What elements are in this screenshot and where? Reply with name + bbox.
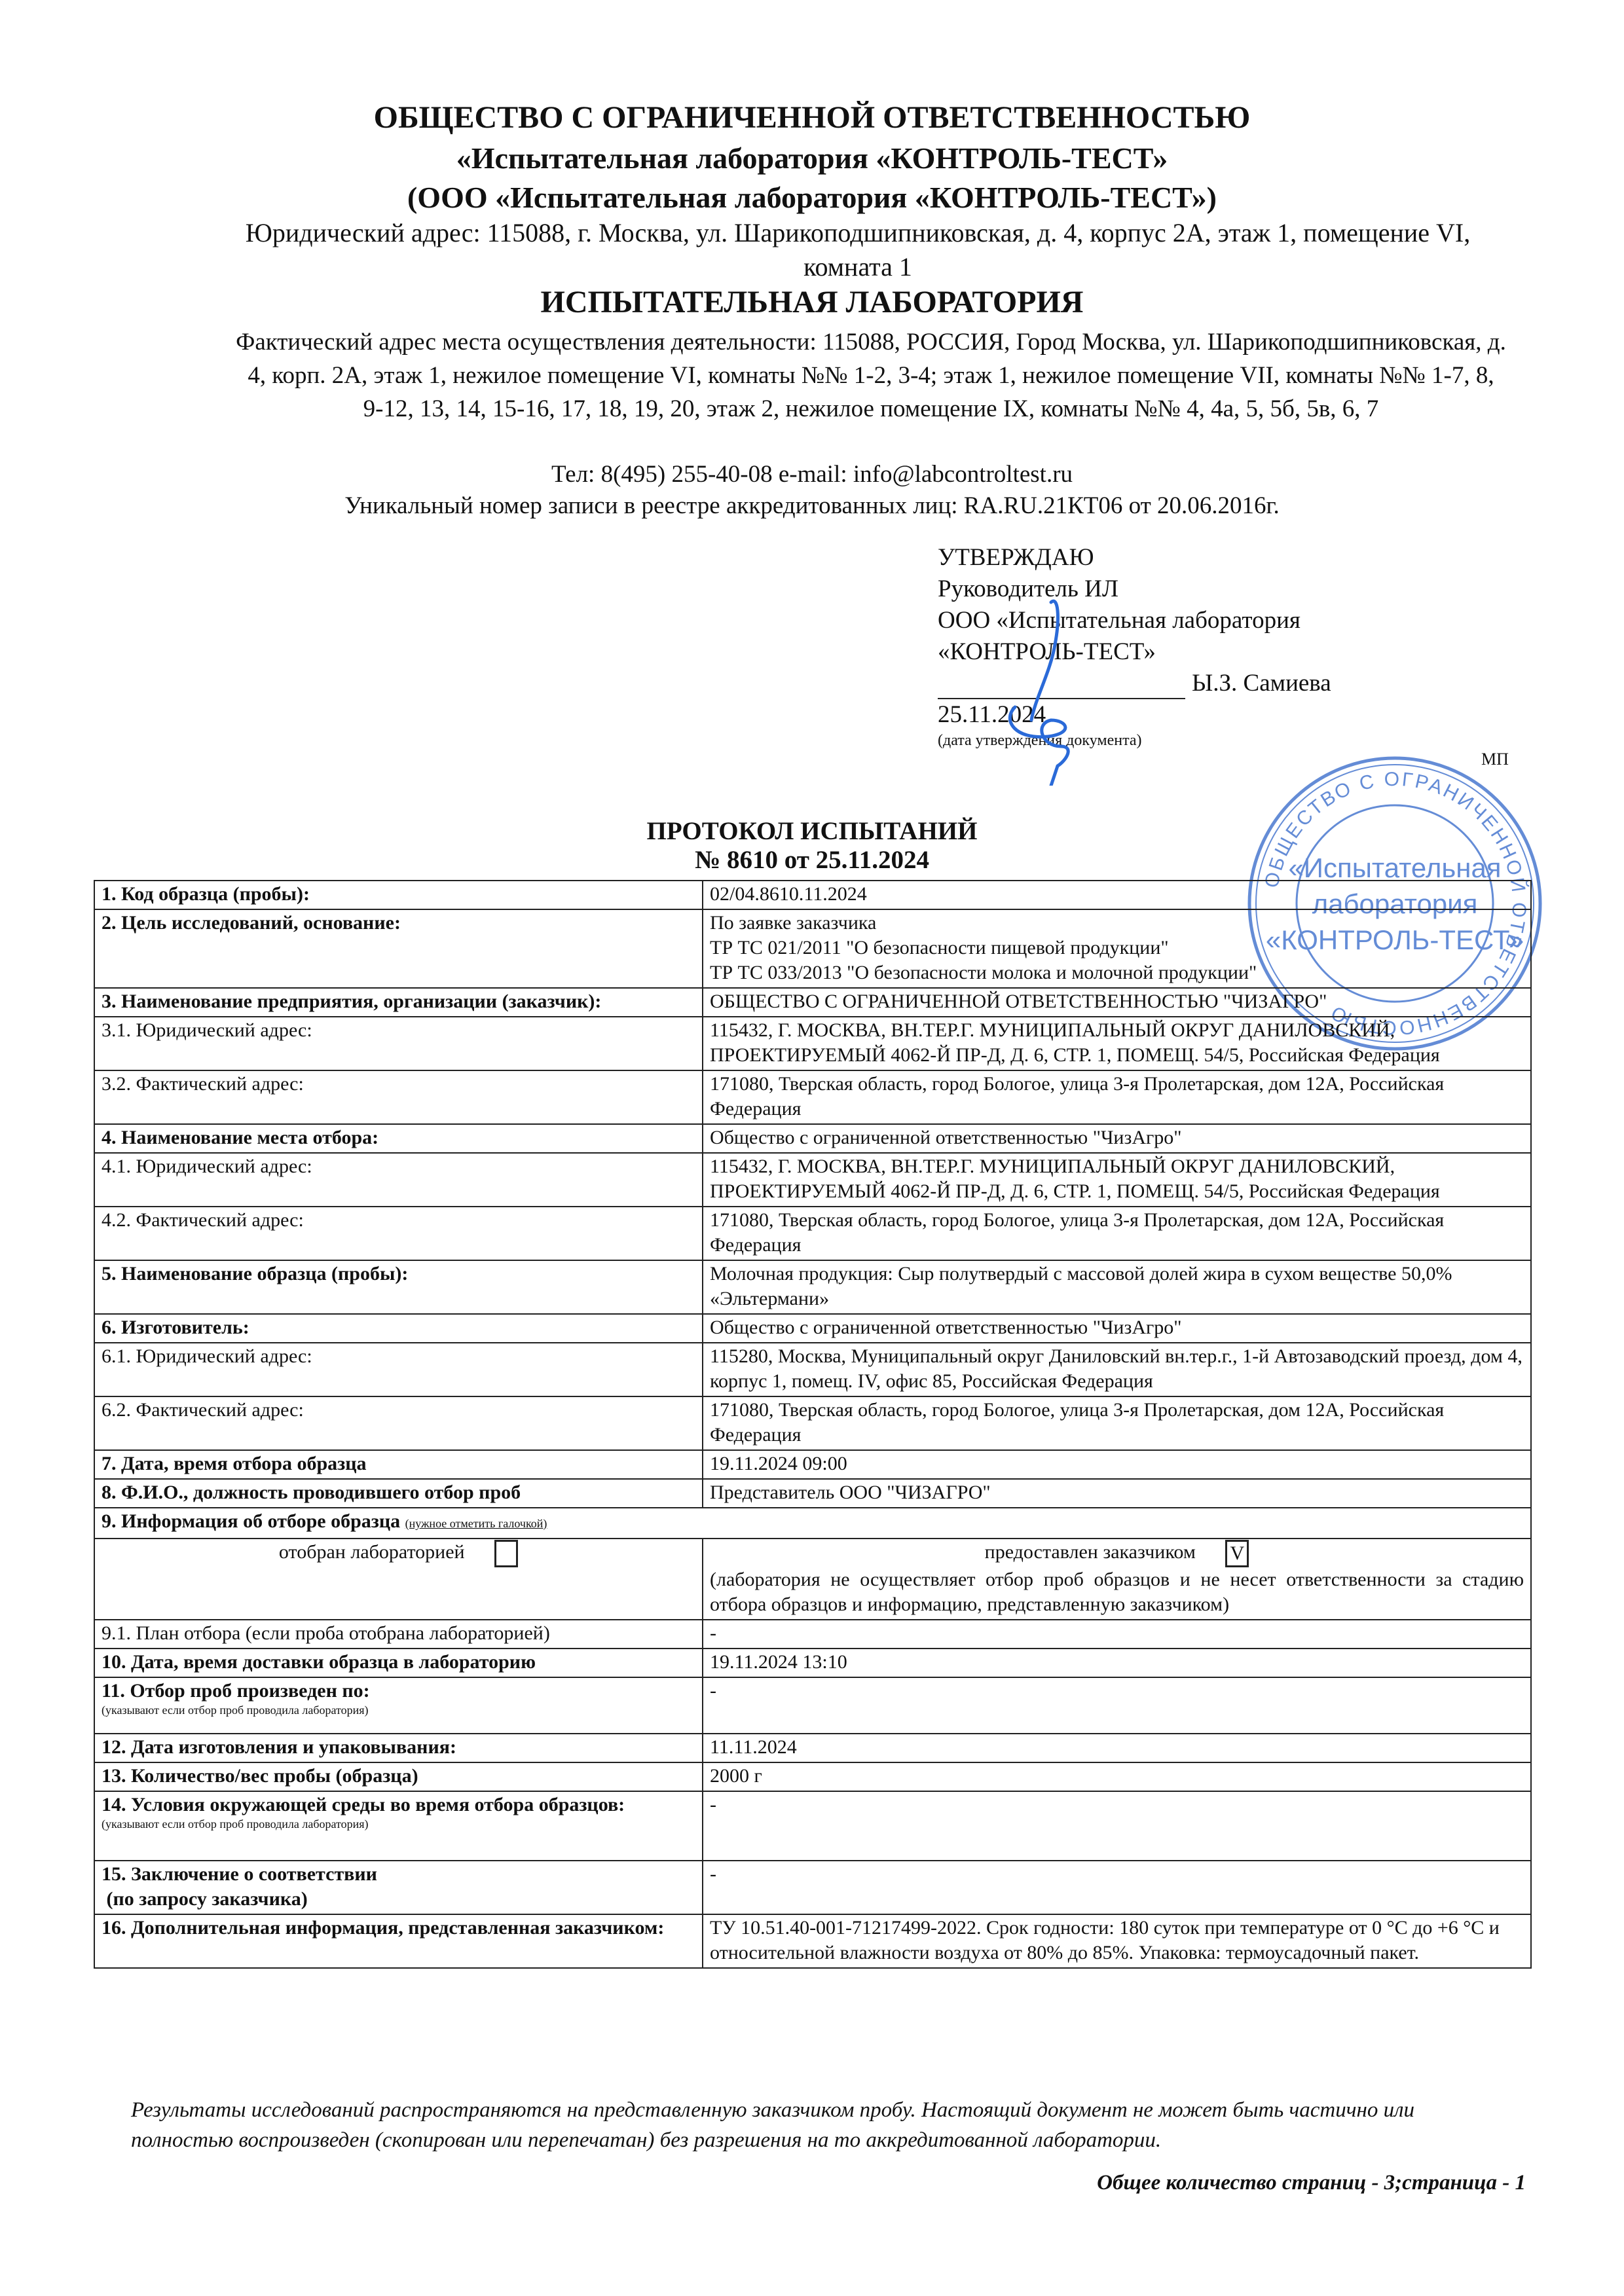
table-row: 4.2. Фактический адрес: 171080, Тверская… — [94, 1207, 1531, 1260]
legal-address: Юридический адрес: 115088, г. Москва, ул… — [216, 216, 1500, 284]
row-label-text: 14. Условия окружающей среды во время от… — [101, 1793, 695, 1817]
table-row: 6.2. Фактический адрес: 171080, Тверская… — [94, 1396, 1531, 1450]
seal-label: МП — [1481, 750, 1509, 769]
page-count: Общее количество страниц - 3;страница - … — [1097, 2171, 1526, 2195]
row-value: 19.11.2024 13:10 — [703, 1649, 1531, 1677]
table-row: 8. Ф.И.О., должность проводившего отбор … — [94, 1479, 1531, 1508]
approval-title: УТВЕРЖДАЮ — [938, 542, 1396, 574]
option-customer-label: предоставлен заказчиком — [985, 1541, 1196, 1563]
approval-position: Руководитель ИЛ — [938, 574, 1396, 605]
row-value: 171080, Тверская область, город Бологое,… — [703, 1207, 1531, 1260]
approval-date: 25.11.2024 — [938, 699, 1396, 731]
contact-info: Тел: 8(495) 255-40-08 e-mail: info@labco… — [0, 458, 1624, 491]
row-value: Общество с ограниченной ответственностью… — [703, 1124, 1531, 1153]
table-row: 6.1. Юридический адрес: 115280, Москва, … — [94, 1343, 1531, 1396]
row-label: 6.1. Юридический адрес: — [94, 1343, 703, 1396]
purpose-line: ТР ТС 021/2011 "О безопасности пищевой п… — [710, 936, 1524, 960]
table-row: 11. Отбор проб произведен по: (указывают… — [94, 1677, 1531, 1734]
row-value: Представитель ООО "ЧИЗАГРО" — [703, 1479, 1531, 1508]
row-label-note: (указывают если отбор проб проводила лаб… — [101, 1704, 695, 1717]
row-value: 171080, Тверская область, город Бологое,… — [703, 1396, 1531, 1450]
sampling-info-note: (нужное отметить галочкой) — [405, 1517, 547, 1530]
row-label: 5. Наименование образца (пробы): — [94, 1260, 703, 1314]
option-customer-checkbox[interactable]: V — [1225, 1540, 1249, 1567]
row-value: По заявке заказчика ТР ТС 021/2011 "О бе… — [703, 909, 1531, 988]
signature-line: Ы.З. Самиева — [938, 668, 1396, 699]
table-row: 4. Наименование места отбора: Общество с… — [94, 1124, 1531, 1153]
row-value: 19.11.2024 09:00 — [703, 1450, 1531, 1479]
approval-date-caption: (дата утверждения документа) — [938, 731, 1396, 750]
table-row: 3.1. Юридический адрес: 115432, Г. МОСКВ… — [94, 1017, 1531, 1070]
row-label: 7. Дата, время отбора образца — [94, 1450, 703, 1479]
row-label-text: 15. Заключение о соответствии — [101, 1862, 695, 1887]
row-label: 10. Дата, время доставки образца в лабор… — [94, 1649, 703, 1677]
row-value: 171080, Тверская область, город Бологое,… — [703, 1070, 1531, 1124]
table-row: 3.2. Фактический адрес: 171080, Тверская… — [94, 1070, 1531, 1124]
row-label: 12. Дата изготовления и упаковывания: — [94, 1734, 703, 1762]
table-row: 15. Заключение о соответствии (по запрос… — [94, 1861, 1531, 1914]
row-value: Молочная продукция: Сыр полутвердый с ма… — [703, 1260, 1531, 1314]
row-value: 11.11.2024 — [703, 1734, 1531, 1762]
lab-title: ИСПЫТАТЕЛЬНАЯ ЛАБОРАТОРИЯ — [0, 283, 1624, 322]
option-lab-cell: отобран лабораторией — [94, 1539, 703, 1620]
registry-number: Уникальный номер записи в реестре аккред… — [0, 490, 1624, 522]
option-customer-cell: предоставлен заказчиком V (лаборатория н… — [703, 1539, 1531, 1620]
row-value: - — [703, 1620, 1531, 1649]
row-label-text: 11. Отбор проб произведен по: — [101, 1679, 695, 1704]
row-value: 115280, Москва, Муниципальный округ Дани… — [703, 1343, 1531, 1396]
row-value: - — [703, 1861, 1531, 1914]
table-row: 14. Условия окружающей среды во время от… — [94, 1791, 1531, 1861]
table-row: 5. Наименование образца (пробы): Молочна… — [94, 1260, 1531, 1314]
approval-org-2: «КОНТРОЛЬ-ТЕСТ» — [938, 636, 1396, 668]
row-value: - — [703, 1677, 1531, 1734]
table-row: 4.1. Юридический адрес: 115432, Г. МОСКВ… — [94, 1153, 1531, 1207]
row-value: ОБЩЕСТВО С ОГРАНИЧЕННОЙ ОТВЕТСТВЕННОСТЬЮ… — [703, 988, 1531, 1017]
row-label: 4.2. Фактический адрес: — [94, 1207, 703, 1260]
table-row-sampling-header: 9. Информация об отборе образца (нужное … — [94, 1508, 1531, 1539]
purpose-line: ТР ТС 033/2013 "О безопасности молока и … — [710, 960, 1524, 985]
row-label: 8. Ф.И.О., должность проводившего отбор … — [94, 1479, 703, 1508]
table-row: 2. Цель исследований, основание: По заяв… — [94, 909, 1531, 988]
org-name-line-2: «Испытательная лаборатория «КОНТРОЛЬ-ТЕС… — [0, 139, 1624, 178]
row-value: 115432, Г. МОСКВА, ВН.ТЕР.Г. МУНИЦИПАЛЬН… — [703, 1153, 1531, 1207]
row-label: 14. Условия окружающей среды во время от… — [94, 1791, 703, 1861]
table-row: 10. Дата, время доставки образца в лабор… — [94, 1649, 1531, 1677]
approval-block: УТВЕРЖДАЮ Руководитель ИЛ ООО «Испытател… — [938, 542, 1396, 750]
row-value: 02/04.8610.11.2024 — [703, 881, 1531, 909]
protocol-title: ПРОТОКОЛ ИСПЫТАНИЙ — [0, 817, 1624, 846]
row-value: Общество с ограниченной ответственностью… — [703, 1314, 1531, 1343]
table-row: 13. Количество/вес пробы (образца) 2000 … — [94, 1762, 1531, 1791]
table-row: 9.1. План отбора (если проба отобрана ла… — [94, 1620, 1531, 1649]
row-label: 3.2. Фактический адрес: — [94, 1070, 703, 1124]
row-label-note: (указывают если отбор проб проводила лаб… — [101, 1817, 695, 1831]
purpose-line: По заявке заказчика — [710, 911, 1524, 936]
row-label: 16. Дополнительная информация, представл… — [94, 1914, 703, 1968]
row-label: 4.1. Юридический адрес: — [94, 1153, 703, 1207]
row-label: 2. Цель исследований, основание: — [94, 909, 703, 988]
row-label: 15. Заключение о соответствии (по запрос… — [94, 1861, 703, 1914]
table-row: 1. Код образца (пробы): 02/04.8610.11.20… — [94, 881, 1531, 909]
sampling-info-header: 9. Информация об отборе образца (нужное … — [94, 1508, 1531, 1539]
row-value: 2000 г — [703, 1762, 1531, 1791]
approver-name: Ы.З. Самиева — [1192, 668, 1331, 699]
org-name-line-1: ОБЩЕСТВО С ОГРАНИЧЕННОЙ ОТВЕТСТВЕННОСТЬЮ — [0, 98, 1624, 137]
protocol-info-table: 1. Код образца (пробы): 02/04.8610.11.20… — [94, 880, 1532, 1969]
row-label-text: (по запросу заказчика) — [101, 1887, 695, 1912]
row-value: - — [703, 1791, 1531, 1861]
row-label: 3. Наименование предприятия, организации… — [94, 988, 703, 1017]
row-label: 6. Изготовитель: — [94, 1314, 703, 1343]
option-lab-label: отобран лабораторией — [279, 1541, 465, 1563]
row-label: 1. Код образца (пробы): — [94, 881, 703, 909]
row-label: 4. Наименование места отбора: — [94, 1124, 703, 1153]
table-row: 6. Изготовитель: Общество с ограниченной… — [94, 1314, 1531, 1343]
table-row-sampling-options: отобран лабораторией предоставлен заказч… — [94, 1539, 1531, 1620]
row-value: ТУ 10.51.40-001-71217499-2022. Срок годн… — [703, 1914, 1531, 1968]
table-row: 7. Дата, время отбора образца 19.11.2024… — [94, 1450, 1531, 1479]
protocol-number: № 8610 от 25.11.2024 — [0, 846, 1624, 875]
approval-org-1: ООО «Испытательная лаборатория — [938, 605, 1396, 636]
org-name-line-3: (ООО «Испытательная лаборатория «КОНТРОЛ… — [0, 178, 1624, 217]
table-row: 12. Дата изготовления и упаковывания: 11… — [94, 1734, 1531, 1762]
table-row: 16. Дополнительная информация, представл… — [94, 1914, 1531, 1968]
row-label: 11. Отбор проб произведен по: (указывают… — [94, 1677, 703, 1734]
actual-address: Фактический адрес места осуществления де… — [236, 325, 1506, 426]
option-lab-checkbox[interactable] — [494, 1540, 518, 1567]
sampling-info-label: 9. Информация об отборе образца — [101, 1510, 400, 1532]
row-label: 13. Количество/вес пробы (образца) — [94, 1762, 703, 1791]
table-row: 3. Наименование предприятия, организации… — [94, 988, 1531, 1017]
signature-blank — [938, 672, 1185, 699]
row-value: 115432, Г. МОСКВА, ВН.ТЕР.Г. МУНИЦИПАЛЬН… — [703, 1017, 1531, 1070]
footer-disclaimer: Результаты исследований распространяются… — [131, 2095, 1500, 2155]
row-label: 3.1. Юридический адрес: — [94, 1017, 703, 1070]
row-label: 9.1. План отбора (если проба отобрана ла… — [94, 1620, 703, 1649]
sampling-disclaimer: (лаборатория не осуществляет отбор проб … — [710, 1567, 1524, 1617]
row-label: 6.2. Фактический адрес: — [94, 1396, 703, 1450]
